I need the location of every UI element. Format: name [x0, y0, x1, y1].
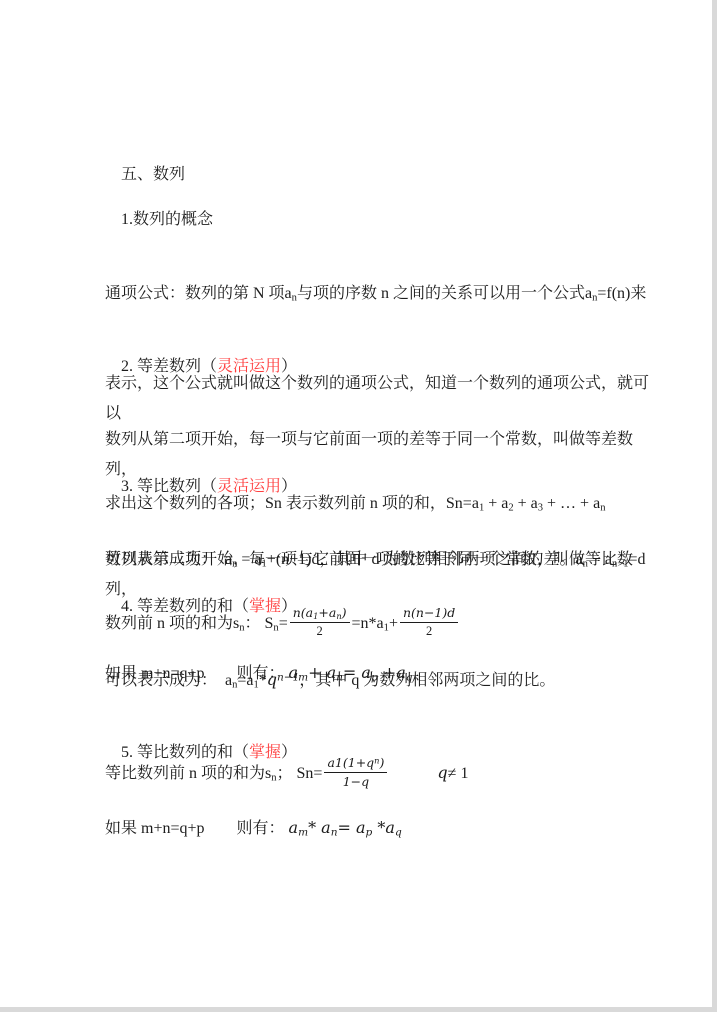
paragraph-line: 通项公式：数列的第 N 项an与项的序数 n 之间的关系可以用一个公式an=f(… [105, 279, 653, 309]
arithmetic-sum-formula: 数列前 n 项的和为sn： Sn=n(a1+an)2=n*a1+n(n−1)d2 [105, 604, 653, 644]
geometric-sum-formula: 等比数列前 n 项的和为sn； Sn=a1(1+qn)1−q q≠ 1 [105, 753, 653, 794]
arithmetic-property-line: 如果 m+n=q+p 则有： am+ an= ap +aq [105, 658, 653, 689]
document-page: 五、数列 1.数列的概念 通项公式：数列的第 N 项an与项的序数 n 之间的关… [0, 0, 717, 1012]
geometric-property-line: 如果 m+n=q+p 则有： am* an= ap *aq [105, 813, 653, 844]
